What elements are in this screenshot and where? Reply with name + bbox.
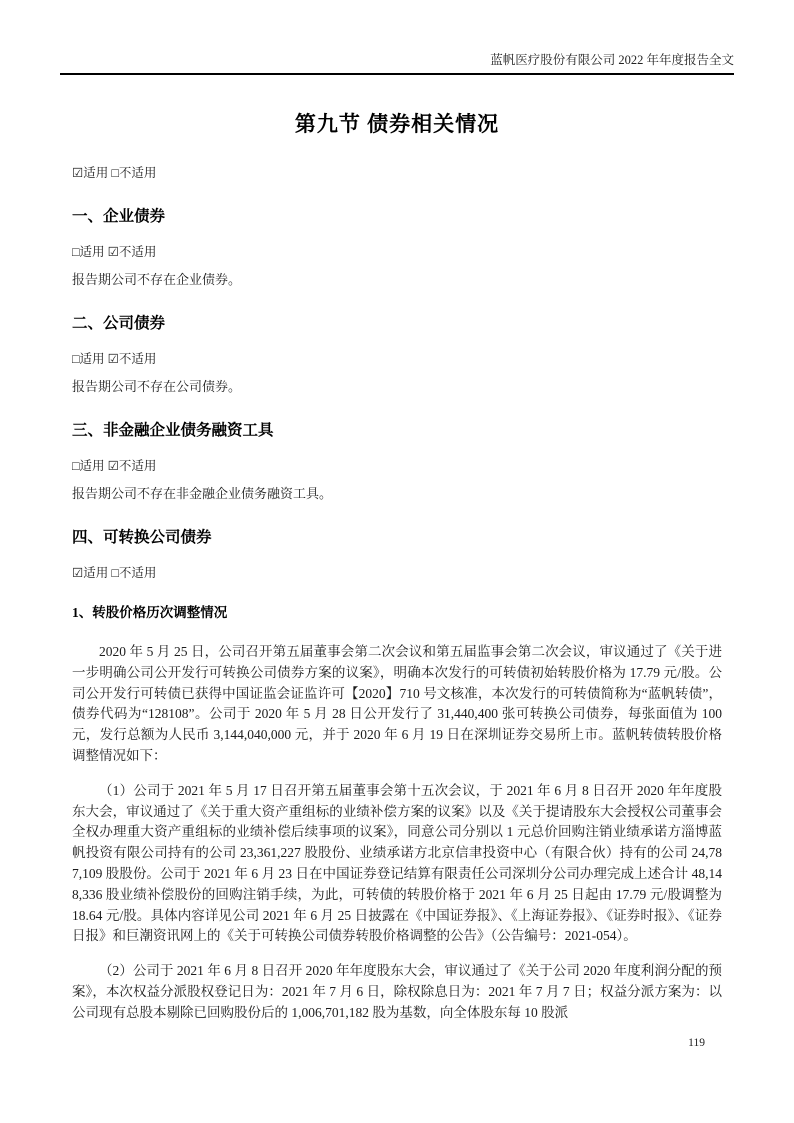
heading-non-financial-debt-instruments: 三、非金融企业债务融资工具 — [72, 420, 722, 441]
running-header-text: 蓝帆医疗股份有限公司 2022 年年度报告全文 — [490, 53, 734, 67]
running-header: 蓝帆医疗股份有限公司 2022 年年度报告全文 — [60, 0, 734, 75]
heading-enterprise-bonds: 一、企业债券 — [72, 206, 722, 227]
page-content: 第九节 债券相关情况 ☑适用 □不适用 一、企业债券 □适用 ☑不适用 报告期公… — [72, 109, 722, 1024]
applicability-convertible-bonds: ☑适用 □不适用 — [72, 565, 722, 582]
section-title: 第九节 债券相关情况 — [72, 109, 722, 139]
applicability-line-top: ☑适用 □不适用 — [72, 165, 722, 182]
subheading-conversion-price-adjustments: 1、转股价格历次调整情况 — [72, 603, 722, 622]
report-page: 蓝帆医疗股份有限公司 2022 年年度报告全文 第九节 债券相关情况 ☑适用 □… — [0, 0, 794, 1123]
paragraph-adjustment-1: （1）公司于 2021 年 5 月 17 日召开第五届董事会第十五次会议，于 2… — [72, 781, 722, 947]
note-corporate-bonds: 报告期公司不存在公司债券。 — [72, 378, 722, 396]
note-enterprise-bonds: 报告期公司不存在企业债券。 — [72, 271, 722, 289]
paragraph-adjustment-2: （2）公司于 2021 年 6 月 8 日召开 2020 年年度股东大会，审议通… — [72, 961, 722, 1023]
applicability-corporate-bonds: □适用 ☑不适用 — [72, 351, 722, 368]
note-non-financial-debt-instruments: 报告期公司不存在非金融企业债务融资工具。 — [72, 485, 722, 503]
page-number: 119 — [688, 1037, 705, 1049]
heading-corporate-bonds: 二、公司债券 — [72, 313, 722, 334]
applicability-enterprise-bonds: □适用 ☑不适用 — [72, 244, 722, 261]
paragraph-bond-issuance-overview: 2020 年 5 月 25 日，公司召开第五届董事会第二次会议和第五届监事会第二… — [72, 642, 722, 767]
heading-convertible-bonds: 四、可转换公司债券 — [72, 527, 722, 548]
applicability-non-financial-debt-instruments: □适用 ☑不适用 — [72, 458, 722, 475]
